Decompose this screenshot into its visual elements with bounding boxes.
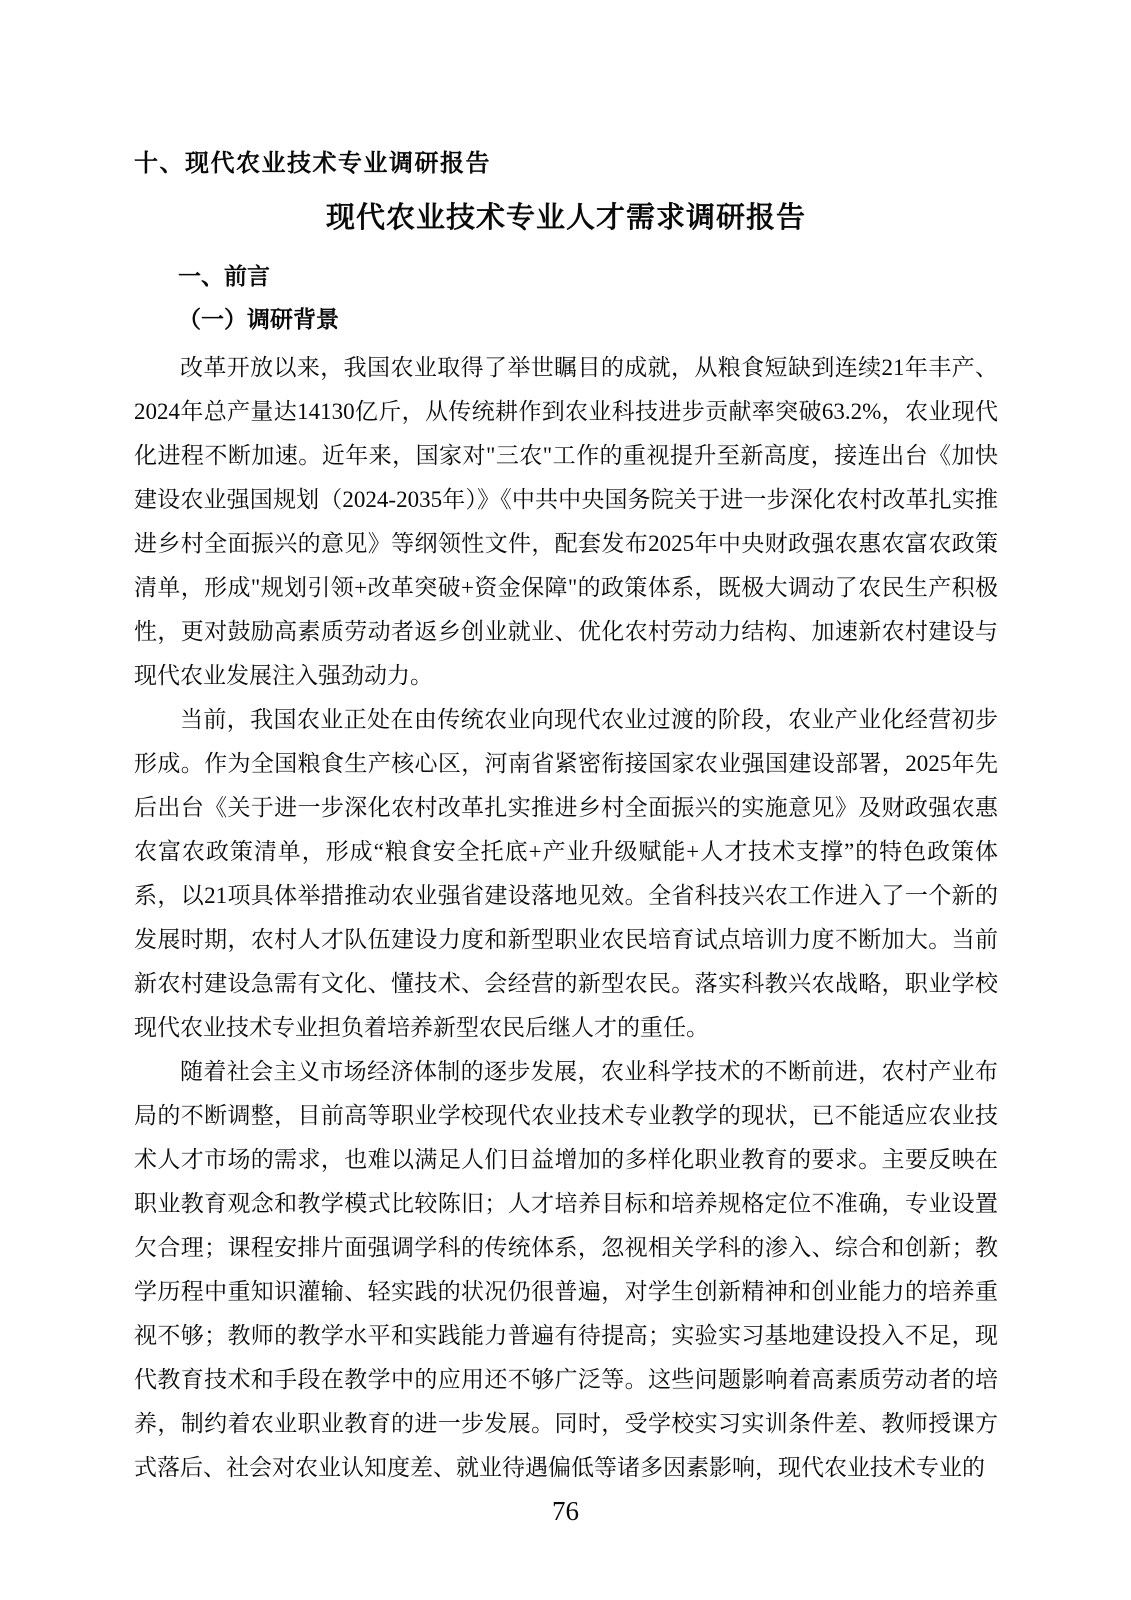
paragraph-3: 随着社会主义市场经济体制的逐步发展，农业科学技术的不断前进，农村产业布局的不断调…	[134, 1050, 998, 1490]
report-title: 现代农业技术专业人才需求调研报告	[134, 198, 998, 238]
paragraph-2: 当前，我国农业正处在由传统农业向现代农业过渡的阶段，农业产业化经营初步形成。作为…	[134, 698, 998, 1050]
document-page: 十、现代农业技术专业调研报告 现代农业技术专业人才需求调研报告 一、前言 （一）…	[0, 0, 1131, 1600]
page-content: 十、现代农业技术专业调研报告 现代农业技术专业人才需求调研报告 一、前言 （一）…	[134, 148, 998, 1490]
paragraph-1: 改革开放以来，我国农业取得了举世瞩目的成就，从粮食短缺到连续21年丰产、2024…	[134, 346, 998, 698]
chapter-heading: 十、现代农业技术专业调研报告	[134, 148, 998, 180]
subsection-heading-research-background: （一）调研背景	[178, 305, 998, 335]
page-number: 76	[0, 1494, 1131, 1528]
body-text: 改革开放以来，我国农业取得了举世瞩目的成就，从粮食短缺到连续21年丰产、2024…	[134, 346, 998, 1490]
section-heading-foreword: 一、前言	[178, 262, 998, 292]
